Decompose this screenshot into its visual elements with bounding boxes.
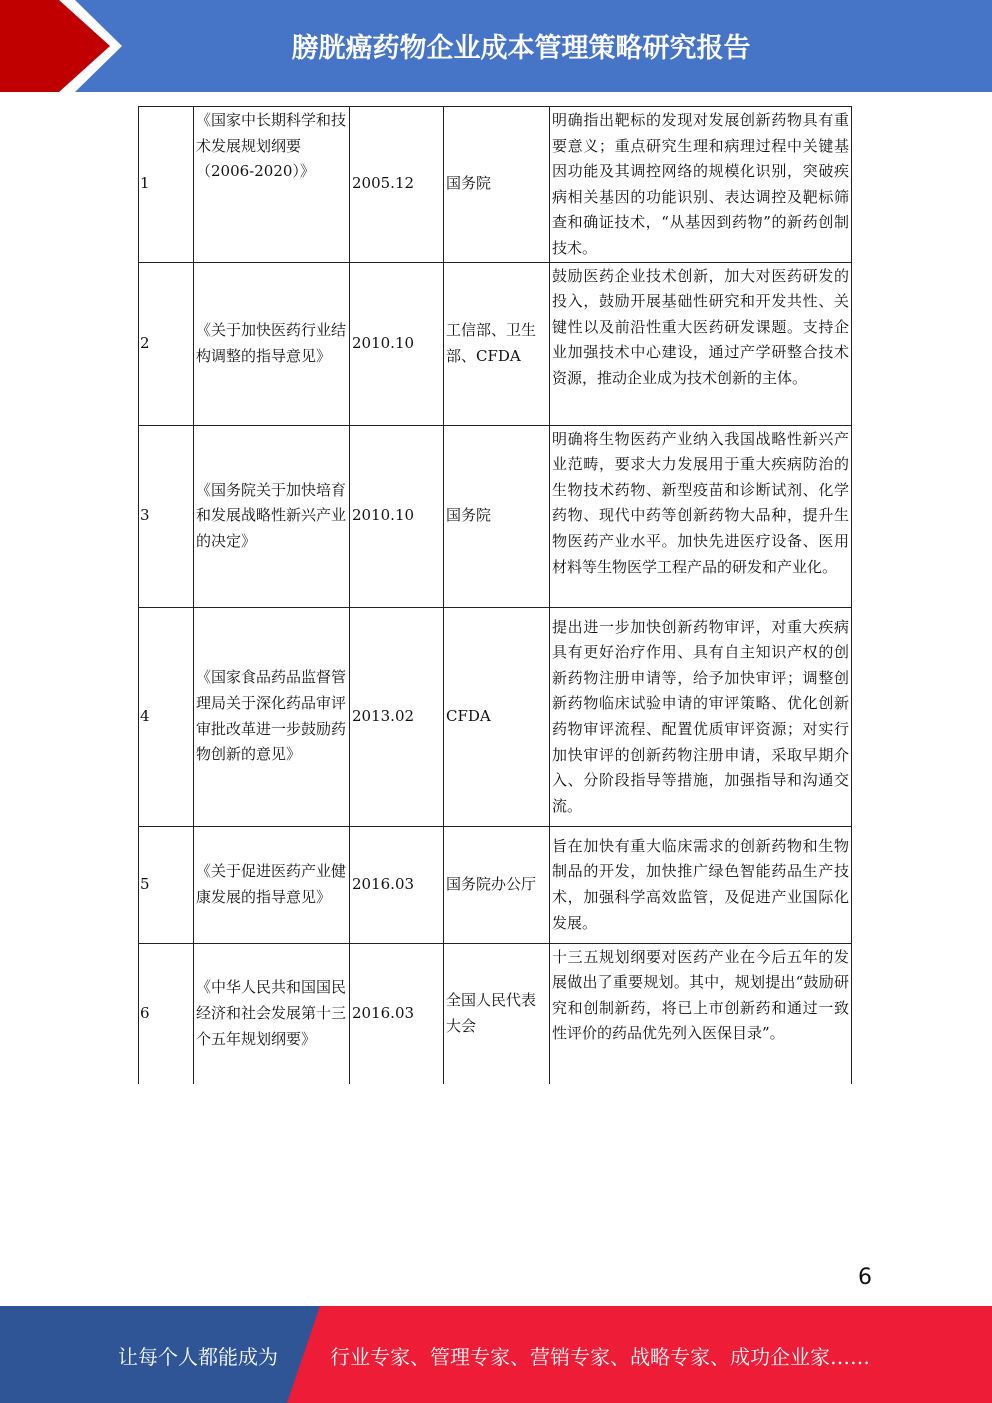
issue-date: 2010.10: [350, 262, 444, 425]
table-row: 4 《国家食品药品监督管理局关于深化药品审评审批改革进一步鼓励药物创新的意见》 …: [139, 607, 852, 826]
row-number: 4: [139, 607, 194, 826]
footer-banner: 让每个人都能成为 行业专家、管理专家、营销专家、战略专家、成功企业家……: [0, 1306, 992, 1403]
footer-slogan-left: 让每个人都能成为: [118, 1341, 278, 1370]
report-title: 膀胱癌药物企业成本管理策略研究报告: [200, 26, 842, 65]
issue-date: 2016.03: [350, 943, 444, 1084]
policy-name: 《关于加快医药行业结构调整的指导意见》: [194, 262, 350, 425]
header-banner: 膀胱癌药物企业成本管理策略研究报告: [0, 0, 992, 92]
issuing-org: 国务院: [444, 425, 550, 607]
policy-name: 《国家中长期科学和技术发展规划纲要（2006-2020）》: [194, 107, 350, 263]
issuing-org: 国务院: [444, 107, 550, 263]
policy-description: 十三五规划纲要对医药产业在今后五年的发展做出了重要规划。其中，规划提出“鼓励研究…: [550, 943, 852, 1084]
policy-description: 明确将生物医药产业纳入我国战略性新兴产业范畴，要求大力发展用于重大疾病防治的生物…: [550, 425, 852, 607]
row-number: 2: [139, 262, 194, 425]
table-row: 6 《中华人民共和国国民经济和社会发展第十三个五年规划纲要》 2016.03 全…: [139, 943, 852, 1084]
issuing-org: 工信部、卫生部、CFDA: [444, 262, 550, 425]
row-number: 5: [139, 826, 194, 943]
issuing-org: 国务院办公厅: [444, 826, 550, 943]
policy-description: 鼓励医药企业技术创新，加大对医药研发的投入，鼓励开展基础性研究和开发共性、关键性…: [550, 262, 852, 425]
policy-name: 《国家食品药品监督管理局关于深化药品审评审批改革进一步鼓励药物创新的意见》: [194, 607, 350, 826]
policy-name: 《关于促进医药产业健康发展的指导意见》: [194, 826, 350, 943]
issuing-org: CFDA: [444, 607, 550, 826]
row-number: 1: [139, 107, 194, 263]
policy-name: 《中华人民共和国国民经济和社会发展第十三个五年规划纲要》: [194, 943, 350, 1084]
issuing-org: 全国人民代表大会: [444, 943, 550, 1084]
policy-table: 1 《国家中长期科学和技术发展规划纲要（2006-2020）》 2005.12 …: [138, 106, 852, 1084]
table-row: 2 《关于加快医药行业结构调整的指导意见》 2010.10 工信部、卫生部、CF…: [139, 262, 852, 425]
issue-date: 2013.02: [350, 607, 444, 826]
table-row: 5 《关于促进医药产业健康发展的指导意见》 2016.03 国务院办公厅 旨在加…: [139, 826, 852, 943]
issue-date: 2016.03: [350, 826, 444, 943]
policy-description: 明确指出靶标的发现对发展创新药物具有重要意义；重点研究生理和病理过程中关键基因功…: [550, 107, 852, 263]
issue-date: 2005.12: [350, 107, 444, 263]
page-number: 6: [858, 1265, 872, 1290]
issue-date: 2010.10: [350, 425, 444, 607]
footer-slogan-right: 行业专家、管理专家、营销专家、战略专家、成功企业家……: [330, 1341, 870, 1370]
table-row: 3 《国务院关于加快培育和发展战略性新兴产业的决定》 2010.10 国务院 明…: [139, 425, 852, 607]
table-row: 1 《国家中长期科学和技术发展规划纲要（2006-2020）》 2005.12 …: [139, 107, 852, 263]
policy-description: 旨在加快有重大临床需求的创新药物和生物制品的开发，加快推广绿色智能药品生产技术，…: [550, 826, 852, 943]
policy-name: 《国务院关于加快培育和发展战略性新兴产业的决定》: [194, 425, 350, 607]
row-number: 6: [139, 943, 194, 1084]
policy-description: 提出进一步加快创新药物审评，对重大疾病具有更好治疗作用、具有自主知识产权的创新药…: [550, 607, 852, 826]
row-number: 3: [139, 425, 194, 607]
